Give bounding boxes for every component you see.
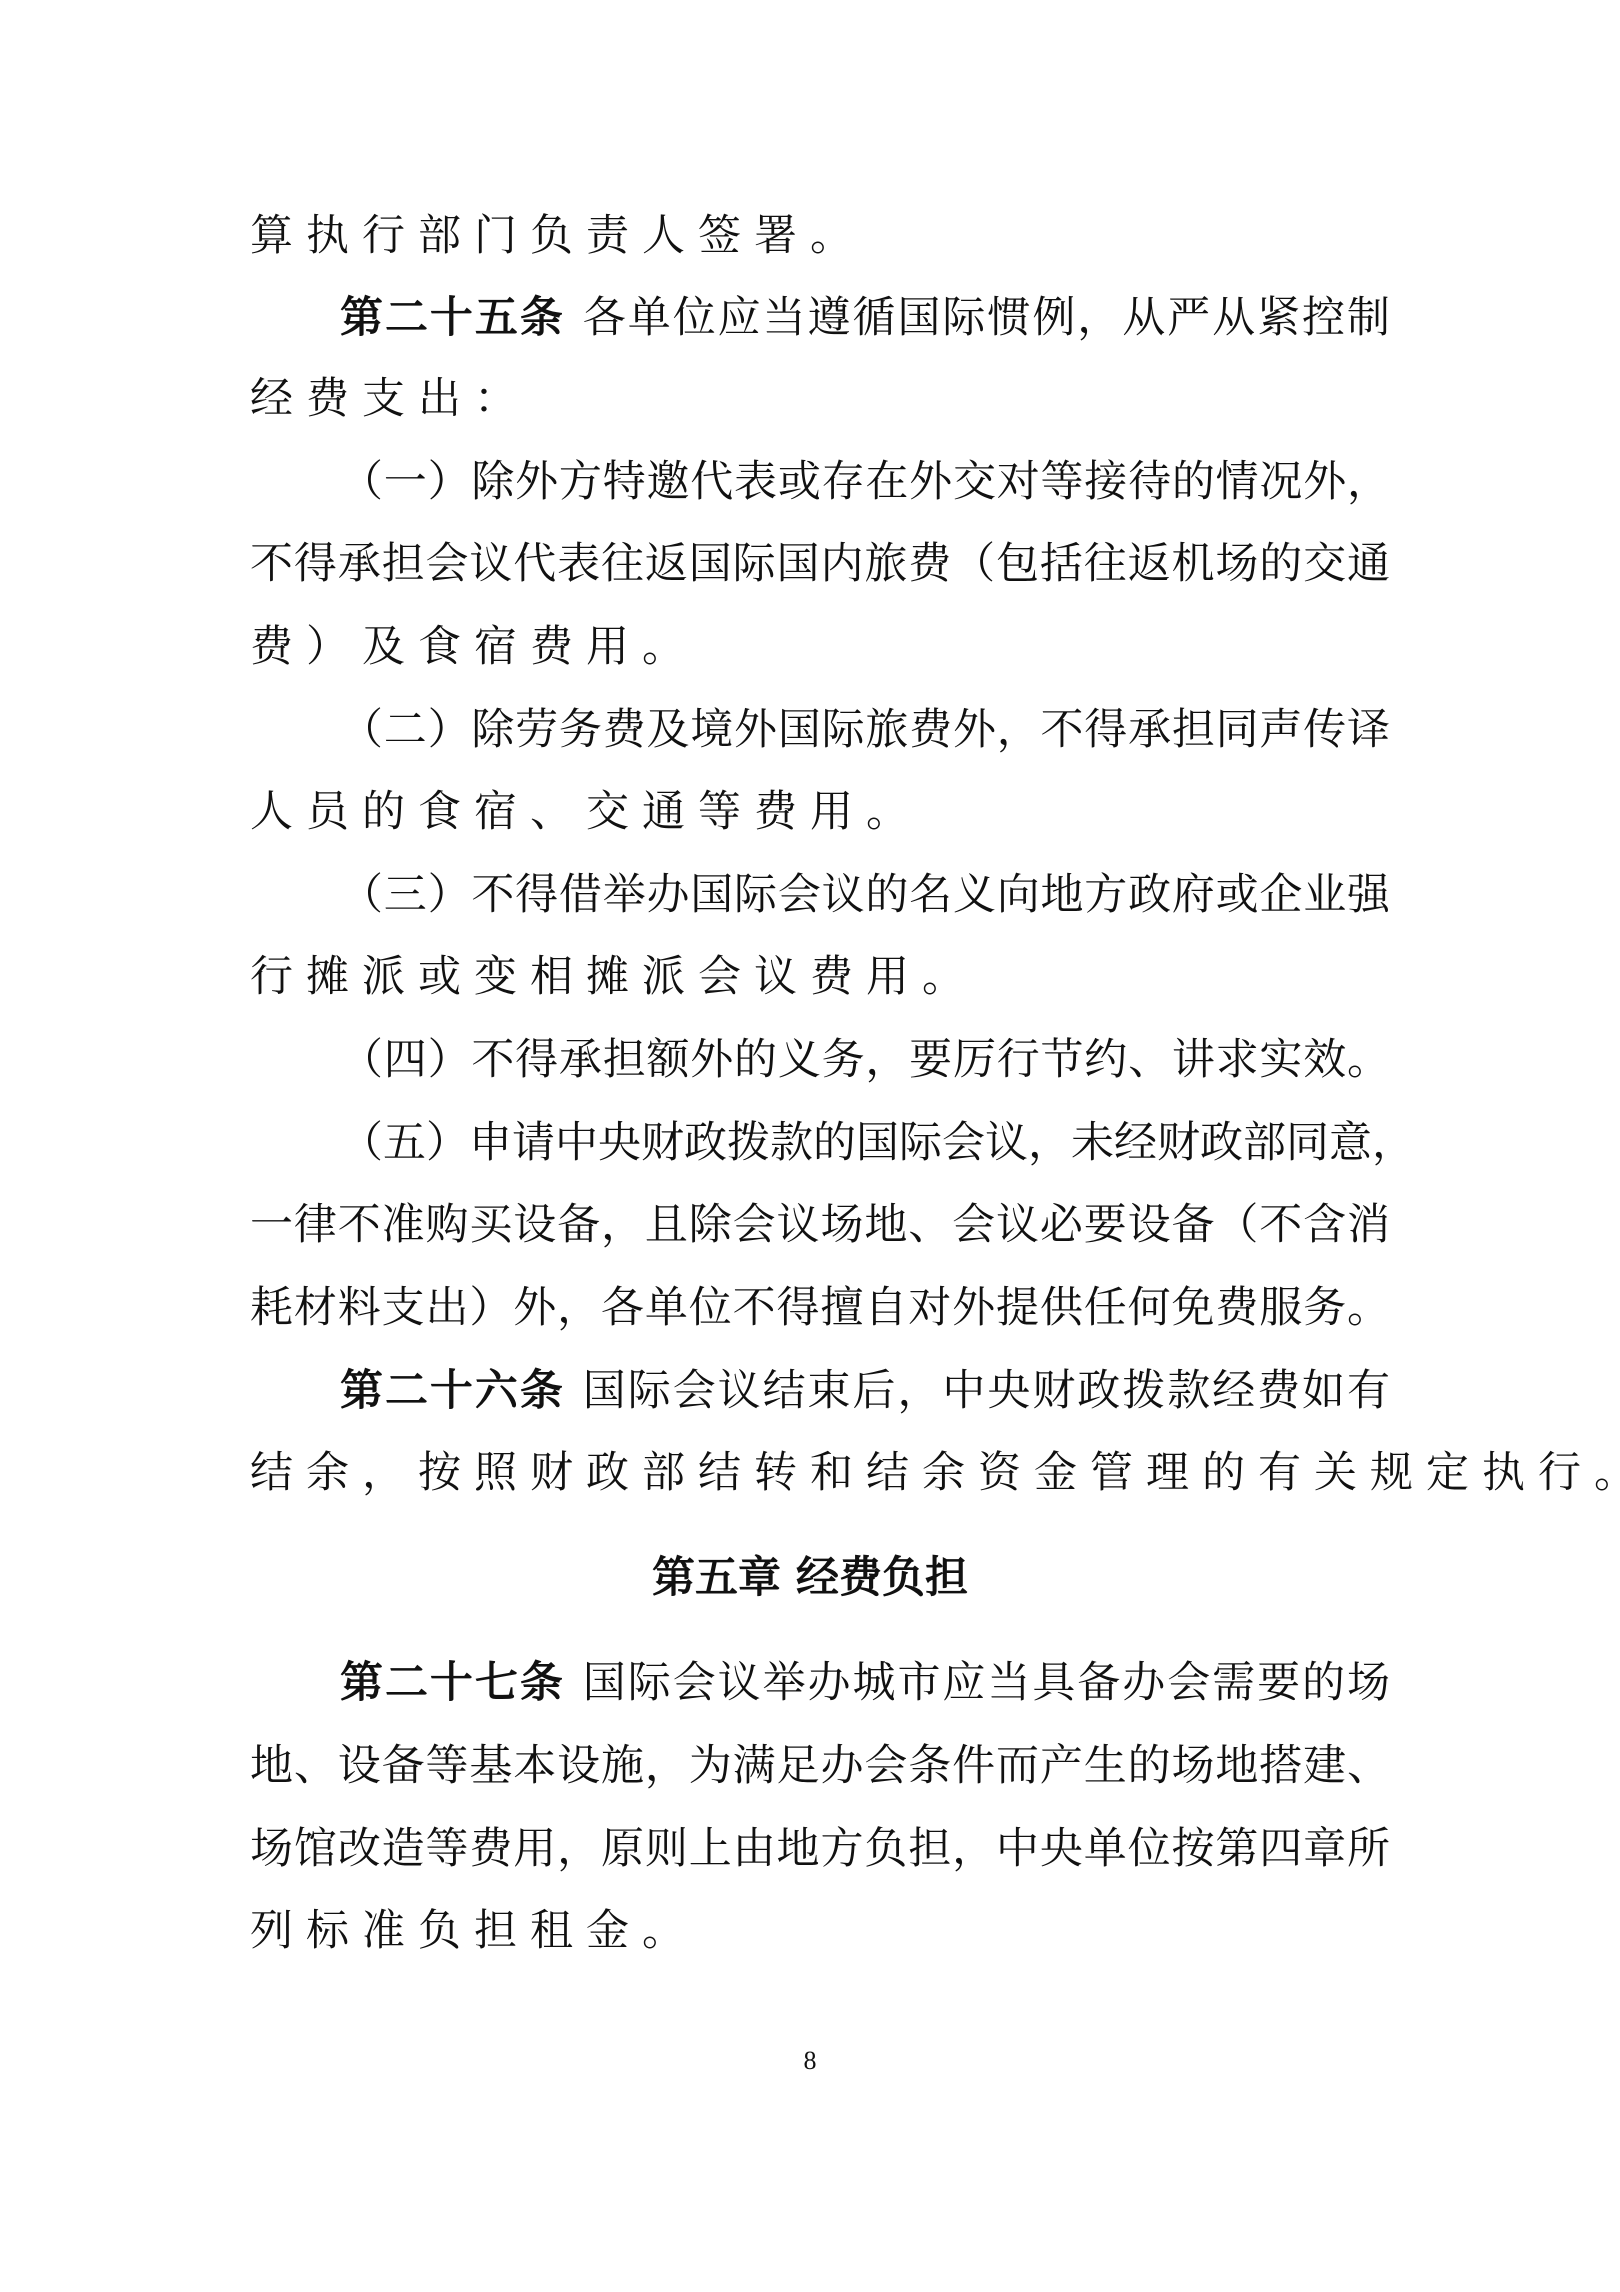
page-number: 8 — [0, 2046, 1620, 2076]
line-text: 一律不准购买设备，且除会议场地、会议必要设备（不含消 — [250, 1200, 1390, 1250]
line-text: 人员的食宿、交通等费用。 — [250, 787, 922, 837]
paragraph-line: 结余，按照财政部结转和结余资金管理的有关规定执行。 — [250, 1443, 1390, 1503]
line-text: 地、设备等基本设施，为满足办会条件而产生的场地搭建、 — [250, 1741, 1390, 1791]
paragraph-line: 耗材料支出）外，各单位不得擅自对外提供任何免费服务。 — [250, 1278, 1390, 1338]
document-page: 算执行部门负责人签署。 第二十五条各单位应当遵循国际惯例，从严从紧控制 经费支出… — [0, 0, 1620, 2292]
article-26-line: 第二十六条国际会议结束后，中央财政拨款经费如有 — [340, 1361, 1390, 1421]
paragraph-line: 费）及食宿费用。 — [250, 617, 1390, 677]
line-text: 不得承担会议代表往返国际国内旅费（包括往返机场的交通 — [250, 539, 1390, 589]
line-text: （三）不得借举办国际会议的名义向地方政府或企业强 — [340, 870, 1390, 920]
paragraph-line: 行摊派或变相摊派会议费用。 — [250, 947, 1390, 1007]
line-text: 各单位应当遵循国际惯例，从严从紧控制 — [583, 293, 1390, 343]
article-number: 第二十七条 — [340, 1658, 565, 1708]
paragraph-line: 地、设备等基本设施，为满足办会条件而产生的场地搭建、 — [250, 1736, 1390, 1796]
paragraph-line: 一律不准购买设备，且除会议场地、会议必要设备（不含消 — [250, 1195, 1390, 1255]
list-item-5: （五）申请中央财政拨款的国际会议，未经财政部同意， — [340, 1113, 1390, 1173]
line-text: 结余，按照财政部结转和结余资金管理的有关规定执行。 — [250, 1448, 1620, 1498]
list-item-4: （四）不得承担额外的义务，要厉行节约、讲求实效。 — [340, 1030, 1390, 1090]
paragraph-line: 场馆改造等费用，原则上由地方负担，中央单位按第四章所 — [250, 1819, 1390, 1879]
line-text: （二）除劳务费及境外国际旅费外，不得承担同声传译 — [340, 705, 1390, 755]
paragraph-line: 经费支出： — [250, 369, 1390, 429]
line-text: （四）不得承担额外的义务，要厉行节约、讲求实效。 — [340, 1035, 1390, 1085]
line-text: （一）除外方特邀代表或存在外交对等接待的情况外， — [340, 457, 1390, 507]
line-text: 算执行部门负责人签署。 — [250, 211, 866, 261]
line-text: 国际会议举办城市应当具备办会需要的场 — [583, 1658, 1390, 1708]
chapter-heading: 第五章 经费负担 — [0, 1548, 1620, 1608]
article-number: 第二十六条 — [340, 1366, 565, 1416]
list-item-1: （一）除外方特邀代表或存在外交对等接待的情况外， — [340, 452, 1390, 512]
line-text: 行摊派或变相摊派会议费用。 — [250, 952, 978, 1002]
line-text: 国际会议结束后，中央财政拨款经费如有 — [583, 1366, 1390, 1416]
line-text: 耗材料支出）外，各单位不得擅自对外提供任何免费服务。 — [250, 1283, 1390, 1333]
paragraph-line: 算执行部门负责人签署。 — [250, 206, 1390, 266]
article-number: 第二十五条 — [340, 293, 565, 343]
line-text: 场馆改造等费用，原则上由地方负担，中央单位按第四章所 — [250, 1824, 1390, 1874]
line-text: 费）及食宿费用。 — [250, 622, 698, 672]
list-item-3: （三）不得借举办国际会议的名义向地方政府或企业强 — [340, 865, 1390, 925]
article-25-line: 第二十五条各单位应当遵循国际惯例，从严从紧控制 — [340, 288, 1390, 348]
paragraph-line: 人员的食宿、交通等费用。 — [250, 782, 1390, 842]
paragraph-line: 列标准负担租金。 — [250, 1901, 1390, 1961]
paragraph-line: 不得承担会议代表往返国际国内旅费（包括往返机场的交通 — [250, 534, 1390, 594]
line-text: 经费支出： — [250, 374, 530, 424]
article-27-line: 第二十七条国际会议举办城市应当具备办会需要的场 — [340, 1653, 1390, 1713]
line-text: 列标准负担租金。 — [250, 1906, 698, 1956]
line-text: （五）申请中央财政拨款的国际会议，未经财政部同意， — [340, 1118, 1415, 1168]
list-item-2: （二）除劳务费及境外国际旅费外，不得承担同声传译 — [340, 700, 1390, 760]
